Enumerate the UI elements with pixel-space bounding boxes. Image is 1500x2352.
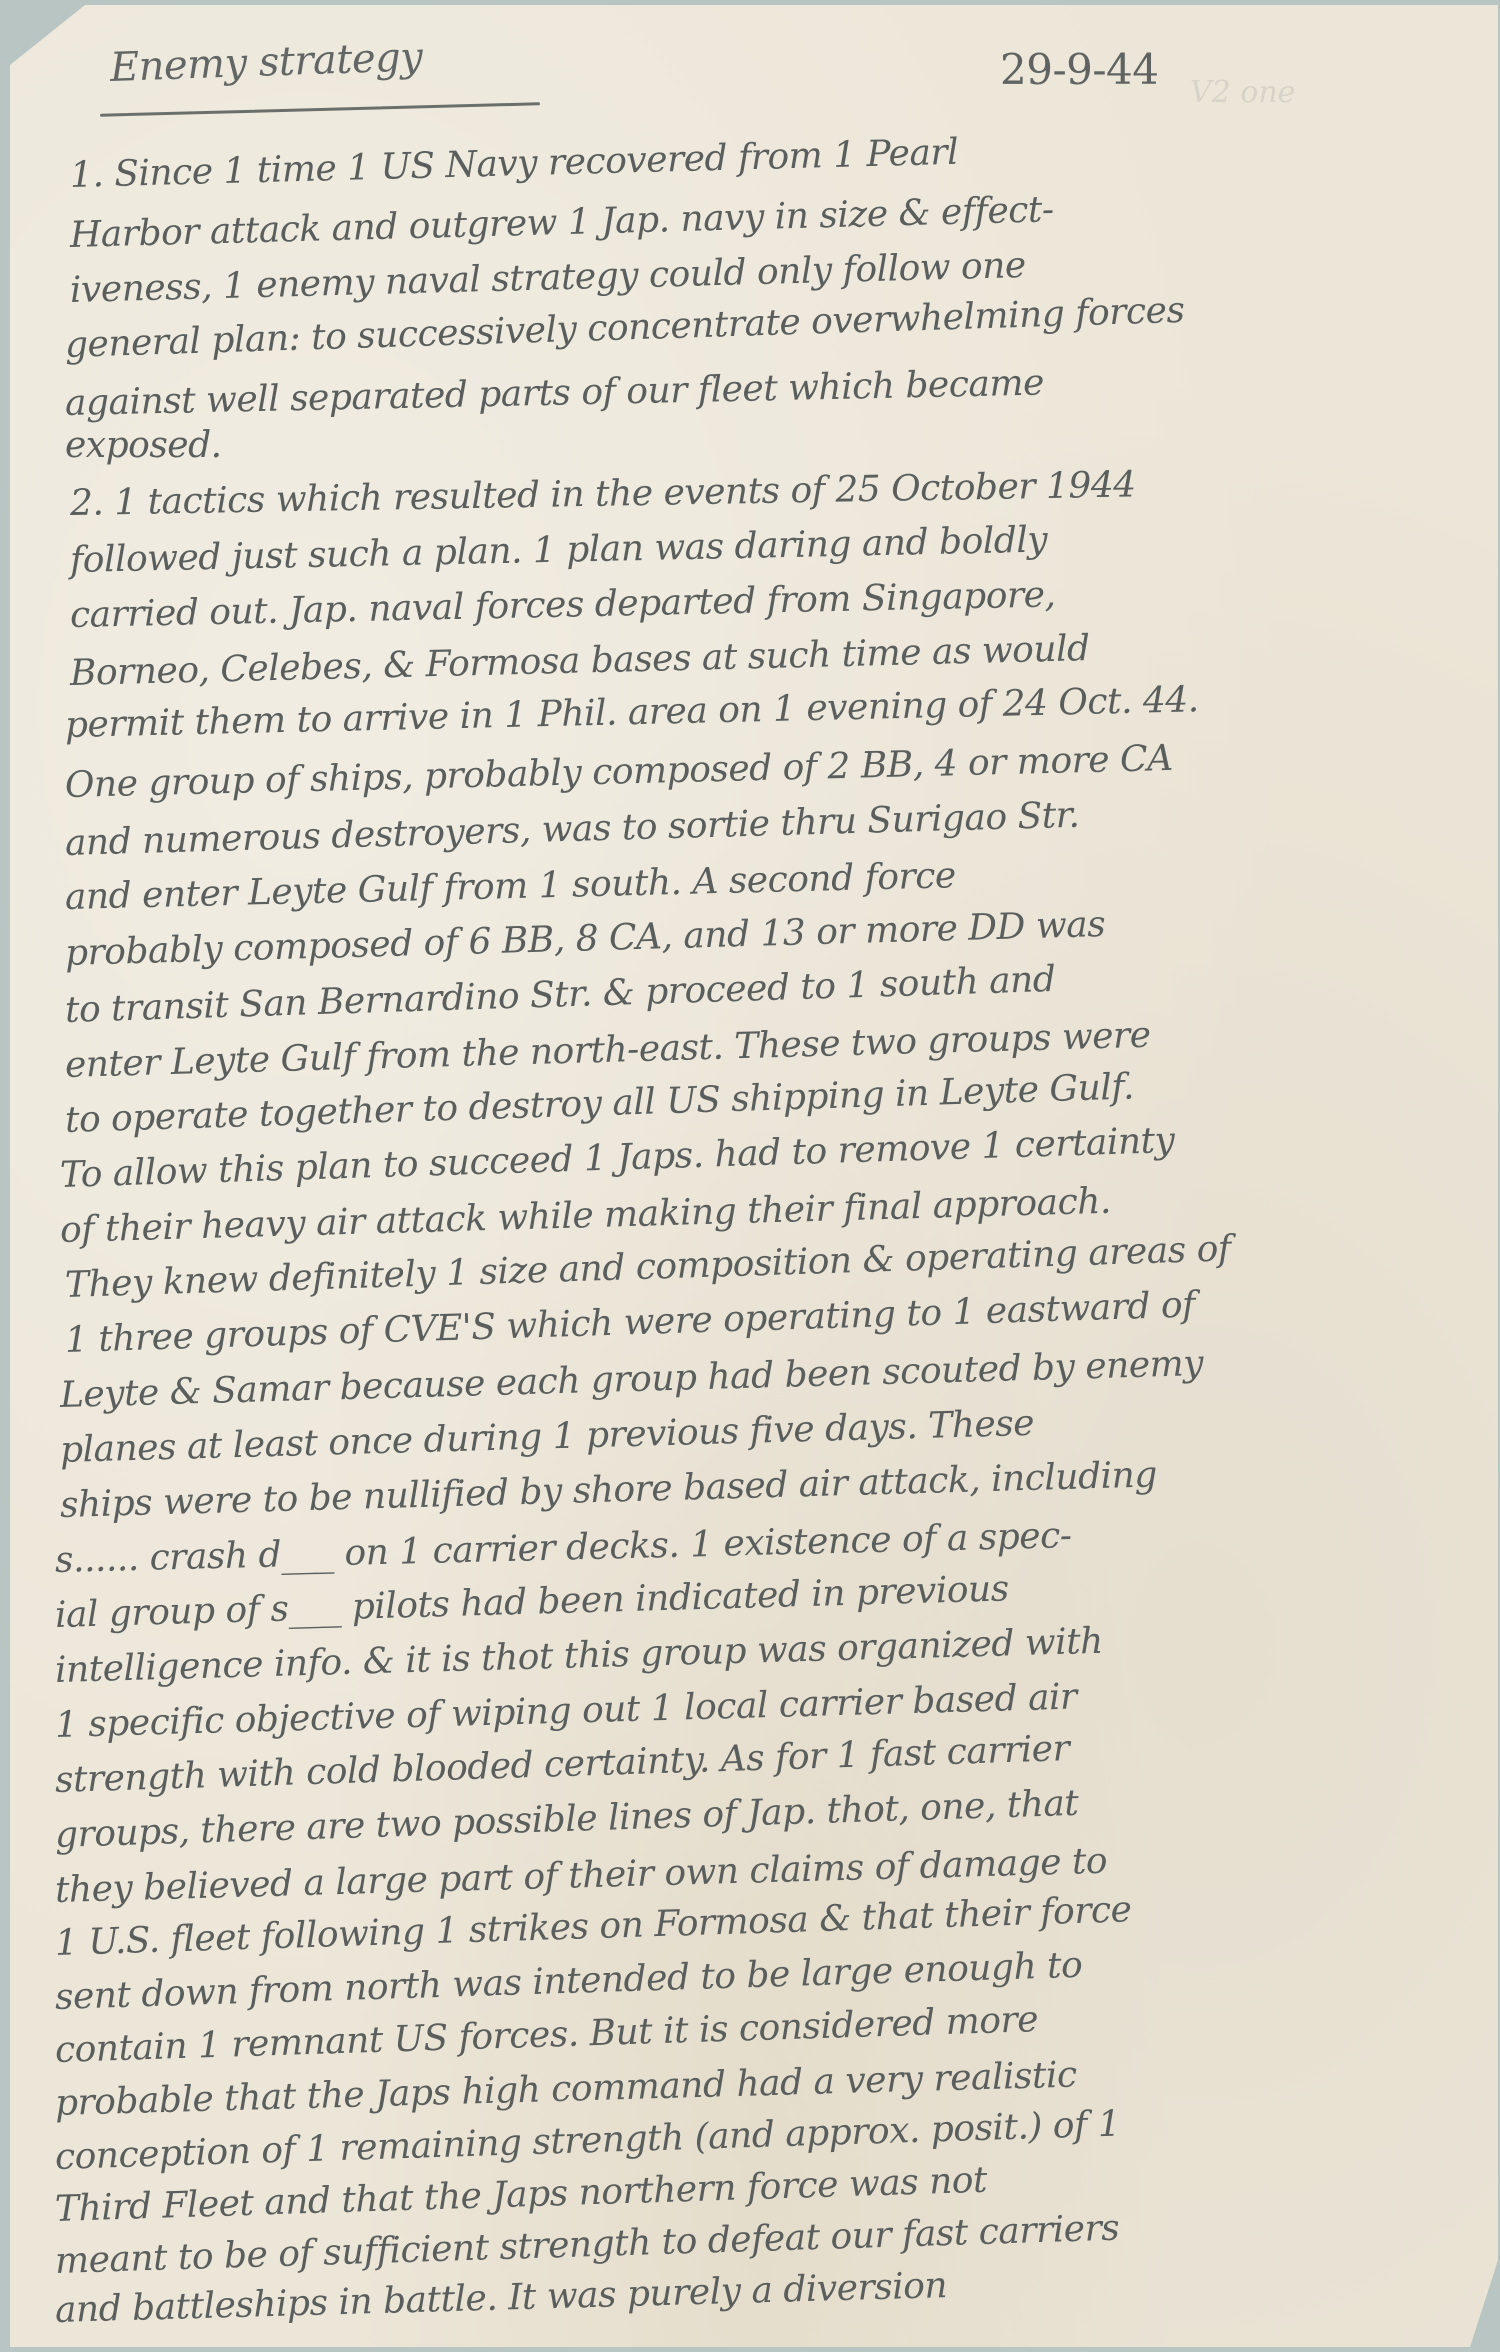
handwritten-page: V2 one Enemy strategy 29-9-44 1. Since 1… [10, 5, 1498, 2347]
text-line: ial group of s___ pilots had been indica… [54, 1568, 1009, 1636]
document-date: 29-9-44 [1000, 45, 1159, 94]
text-line: and numerous destroyers, was to sortie t… [64, 795, 1079, 864]
text-line: 1. Since 1 time 1 US Navy recovered from… [69, 132, 958, 196]
text-line: exposed. [65, 425, 222, 466]
text-line: Harbor attack and outgrew 1 Jap. navy in… [69, 189, 1054, 256]
text-line: and enter Leyte Gulf from 1 south. A sec… [64, 855, 956, 918]
text-line: planes at least once during 1 previous f… [59, 1403, 1034, 1471]
text-line: carried out. Jap. naval forces departed … [70, 574, 1056, 636]
text-line: against well separated parts of our flee… [65, 363, 1045, 424]
text-line: Borneo, Celebes, & Formosa bases at such… [69, 628, 1090, 694]
document-title: Enemy strategy [109, 34, 423, 91]
text-line: followed just such a plan. 1 plan was da… [70, 520, 1048, 581]
bleed-through-text: V2 one [1190, 75, 1295, 110]
text-line: 2. 1 tactics which resulted in the event… [70, 464, 1136, 524]
title-underline [100, 102, 540, 117]
